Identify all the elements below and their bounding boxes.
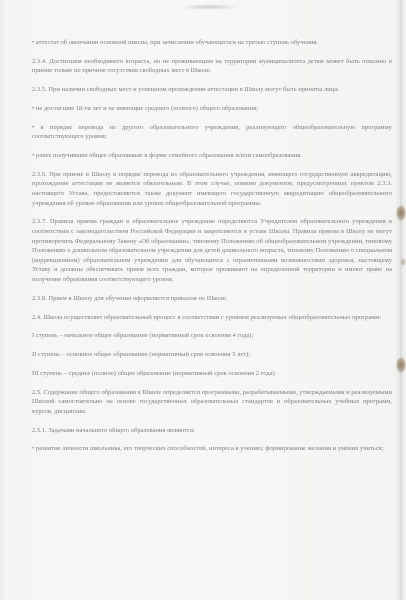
scan-stain — [400, 258, 406, 266]
bullet-under-18: • не достигшие 18-ти лет и не имеющие ср… — [32, 104, 392, 114]
paragraph-2-5: 2.5. Содержание общего образования в Шко… — [32, 388, 392, 417]
page-edge — [400, 0, 402, 600]
scanned-page: • аттестат об окончании основной школы, … — [0, 0, 406, 600]
stage-2-basic: II ступень – основное общее образование … — [32, 350, 392, 360]
document-body: • аттестат об окончании основной школы, … — [32, 38, 392, 463]
stage-1-primary: I ступень – начальное общее образование … — [32, 331, 392, 341]
paragraph-2-5-1: 2.5.1. Задачами начального общего образо… — [32, 426, 392, 436]
paragraph-2-3-7: 2.3.7. Правила приема граждан в образова… — [32, 217, 392, 284]
paragraph-2-3-6: 2.3.6. При приеме в Школу в порядке пере… — [32, 170, 392, 208]
stage-3-secondary: III ступень – среднее (полное) общее обр… — [32, 369, 392, 379]
scan-smudge — [178, 4, 240, 10]
scan-stain — [396, 205, 406, 221]
paragraph-2-3-5: 2.3.5. При наличии свободных мест и успе… — [32, 85, 392, 95]
scan-stain — [396, 357, 406, 373]
paragraph-2-3-4: 2.3.4. Достигшим необходимого возраста, … — [32, 57, 392, 76]
bullet-transfer: • в порядке перевода из другого образова… — [32, 123, 392, 142]
paragraph-2-3-8: 2.3.8. Прием в Школу для обучения оформл… — [32, 294, 392, 304]
paragraph-certificate: • аттестат об окончании основной школы, … — [32, 38, 392, 48]
bullet-family-education: • ранее получившие общее образование в ф… — [32, 151, 392, 161]
paragraph-2-4: 2.4. Школа осуществляет образовательный … — [32, 313, 392, 323]
bullet-personal-development: • развитие личности школьника, его творч… — [32, 444, 392, 454]
